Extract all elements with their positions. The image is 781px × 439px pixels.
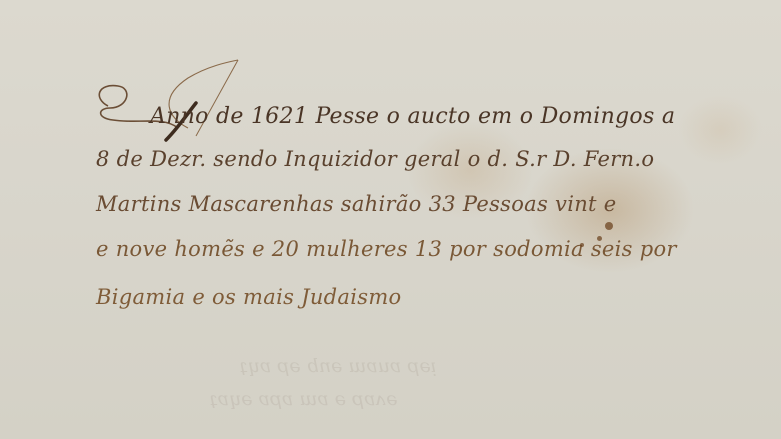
bleed-through-text-2: ǝʌɐp ǝ ɐɯ ɐpɐ ǝɥɐʇ: [210, 388, 397, 410]
initial-flourish-icon: [88, 58, 258, 148]
manuscript-line-1: Anno de 1621 Pesse o aucto em o Domingos…: [150, 104, 675, 129]
ink-stain: [605, 222, 613, 230]
ink-stain: [597, 236, 602, 241]
manuscript-line-5: Bigamia e os mais Judaismo: [96, 285, 402, 309]
manuscript-line-3: Martins Mascarenhas sahirão 33 Pessoas v…: [96, 192, 617, 216]
bleed-through-text-1: ᴉǝp ɐuɐɯ ǝnb ǝp ɐɥʇ: [240, 355, 437, 377]
ink-stain: [580, 243, 584, 247]
manuscript-line-2: 8 de Dezr. sendo Inquizidor geral o d. S…: [96, 147, 654, 171]
manuscript-line-4: e nove homẽs e 20 mulheres 13 por sodomi…: [96, 237, 677, 261]
manuscript-page: Anno de 1621 Pesse o aucto em o Domingos…: [0, 0, 781, 439]
